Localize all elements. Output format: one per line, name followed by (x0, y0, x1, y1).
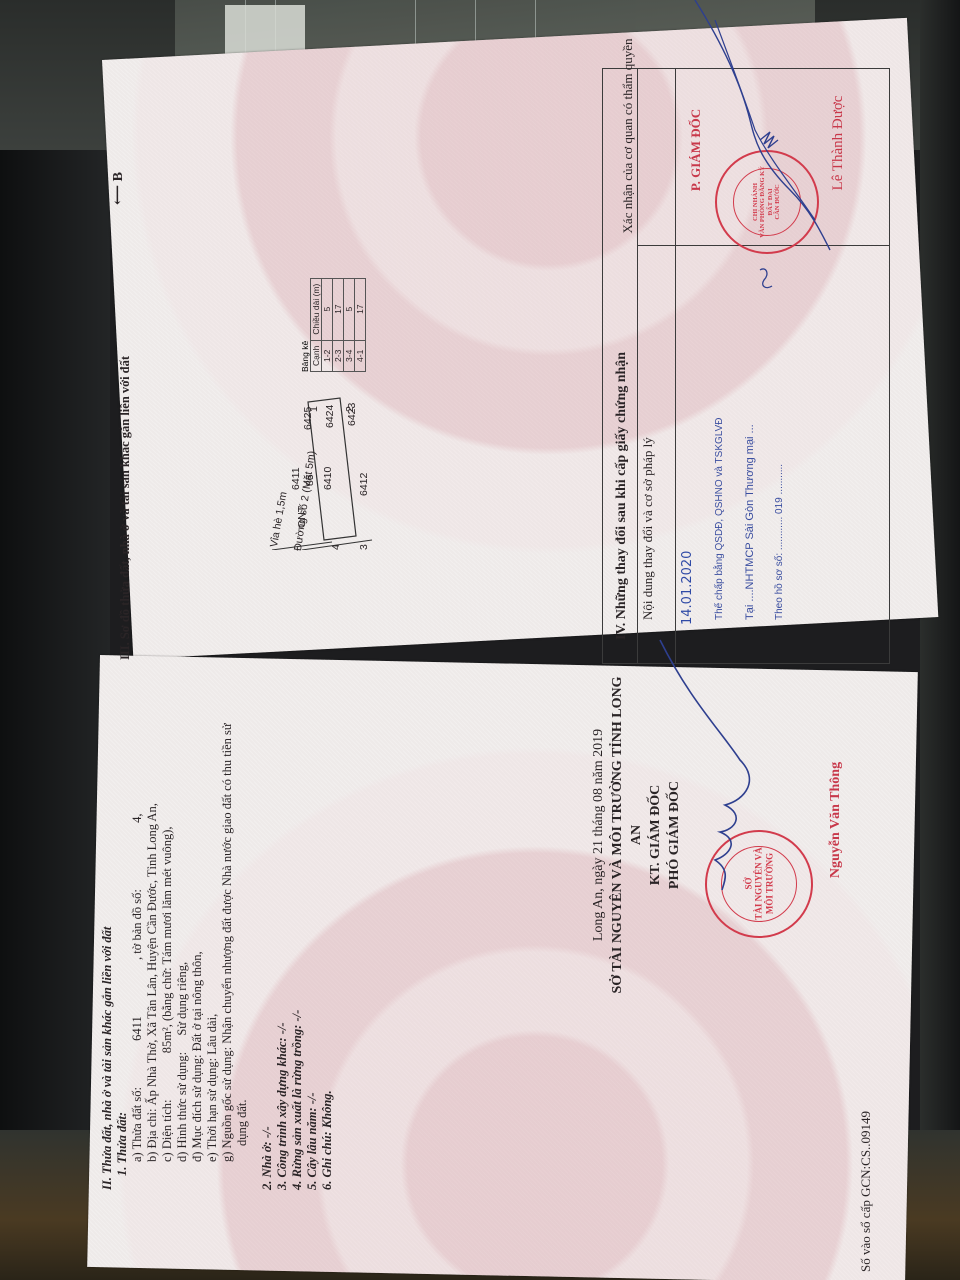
issuing-authority-block: Long An, ngày 21 tháng 08 năm 2019 SỞ TÀ… (590, 670, 684, 1000)
neighbor-6412: 6412 (358, 473, 370, 496)
address-label: b) Địa chỉ: (145, 1109, 159, 1162)
confirmation-signer: Lê Thành Được (830, 58, 847, 228)
address-value: Ấp Nhà Thờ, Xã Tân Lân, Huyện Cần Đước, … (145, 803, 159, 1105)
usage-form-label: d) Hình thức sử dụng: (175, 1052, 189, 1162)
change-entry-text: Thế chấp bằng QSDĐ, QSHNO và TSKGLVĐ (714, 370, 725, 620)
vertex-3: 3 (358, 544, 370, 550)
column-header-changes: Nội dung thay đổi và cơ sở pháp lý (640, 320, 656, 620)
usage-form-value: Sử dụng riêng, (175, 962, 189, 1036)
confirmation-role: P. GIÁM ĐỐC (688, 70, 704, 230)
section-ii-title: II. Thửa đất, nhà ở và tài sản khác gắn … (100, 630, 115, 1190)
table-row: 1-2 5 (322, 278, 333, 371)
item-planted-forest: 4. Rừng sản xuất là rừng trồng: -/- (290, 630, 305, 1190)
area-value: 85m², (bằng chữ: Tám mươi lăm mét vuông)… (160, 827, 174, 1054)
seal-text: MÔI TRƯỜNG (764, 848, 774, 920)
table-cell: 17 (333, 278, 344, 340)
table-row: 3-4 5 (344, 278, 355, 371)
north-arrow: ⟵ B (110, 175, 127, 205)
origin-label: g) Nguồn gốc sử dụng: (220, 1047, 234, 1162)
table-header-row: Cạnh Chiều dài (m) (311, 278, 322, 371)
vertex-2: 2 (344, 406, 356, 412)
signer-role-deputy: PHÓ GIÁM ĐỐC (666, 670, 685, 1000)
arrow-icon: ⟵ (111, 185, 126, 205)
table-caption: Bảng kê (300, 278, 310, 372)
seal-text: VĂN PHÒNG ĐĂNG KÝ (760, 166, 767, 238)
issuing-agency: SỞ TÀI NGUYÊN VÀ MÔI TRƯỜNG TỈNH LONG AN (609, 670, 647, 1000)
table-divider (675, 69, 676, 663)
table-cell: 5 (344, 278, 355, 340)
signer-name-left: Nguyễn Văn Thông (828, 740, 844, 900)
table-cell: 3-4 (344, 340, 355, 371)
item-perennial-trees: 5. Cây lâu năm: -/- (305, 630, 320, 1190)
official-seal-land-office: CHI NHÁNH VĂN PHÒNG ĐĂNG KÝ ĐẤT ĐAI CẦN … (715, 150, 819, 254)
seal-text: TÀI NGUYÊN VÀ (754, 848, 764, 920)
item-other-construction: 3. Công trình xây dựng khác: -/- (275, 630, 290, 1190)
table-cell: 2-3 (333, 340, 344, 371)
land-heading: 1. Thửa đất: (115, 1112, 129, 1176)
vertex-1: 1 (308, 406, 320, 412)
area-label: c) Diện tích: (160, 1100, 174, 1162)
neighbor-6424: 6424 (324, 405, 336, 428)
official-seal-department: SỞ TÀI NGUYÊN VÀ MÔI TRƯỜNG (705, 830, 813, 938)
term-label: e) Thời hạn sử dụng: (205, 1058, 219, 1162)
item-house: 2. Nhà ở: -/- (260, 630, 275, 1190)
origin-value: Nhận chuyển nhượng đất được Nhà nước gia… (220, 723, 234, 1043)
signer-role-kt: KT. GIÁM ĐỐC (647, 670, 666, 1000)
vertex-4: 4 (330, 544, 342, 550)
table-header: Chiều dài (m) (311, 278, 322, 340)
table-cell: 17 (355, 278, 366, 340)
change-entry-bank: Tại ....NHTMCP Sài Gòn Thương mại ... (744, 220, 756, 620)
parcel-label: a) Thửa đất số: (130, 1087, 144, 1162)
parcel-number: 6411 (130, 1016, 144, 1041)
seal-text: CẦN ĐƯỚC (774, 166, 781, 238)
map-label: , tờ bản đồ số: (130, 889, 144, 960)
term-value: Lâu dài, (205, 1014, 219, 1055)
item-notes: 6. Ghi chú: Không. (320, 630, 335, 1190)
registry-serial-number: Số vào sổ cấp GCN:CS..09149 (858, 1012, 874, 1272)
purpose-label: đ) Mục đích sử dụng: (190, 1055, 204, 1162)
table-cell: 1-2 (322, 340, 333, 371)
map-number: 4, (130, 814, 144, 823)
table-cell: 5 (322, 278, 333, 340)
north-label: B (111, 172, 126, 181)
table-divider (637, 69, 638, 663)
table-cell: 4-1 (355, 340, 366, 371)
edge-length-table: Bảng kê Cạnh Chiều dài (m) 1-2 5 2-3 17 … (300, 278, 366, 372)
table-header: Cạnh (311, 340, 322, 371)
purpose-value: Đất ở tại nông thôn, (190, 951, 204, 1051)
column-header-confirmation: Xác nhận của cơ quan có thẩm quyền (620, 36, 637, 236)
table-row: 2-3 17 (333, 278, 344, 371)
table-row: 4-1 17 (355, 278, 366, 371)
background-edge (920, 0, 960, 1280)
place-date: Long An, ngày 21 tháng 08 năm 2019 (590, 670, 609, 1000)
neighbor-6410: 6410 (322, 467, 334, 490)
seal-text: SỞ (743, 848, 753, 920)
section-ii-land-info: II. Thửa đất, nhà ở và tài sản khác gắn … (100, 630, 335, 1190)
origin-value-cont: dụng đất. (235, 1099, 249, 1146)
change-entry-file-number: Theo hồ sơ số: ............ 019 ........… (774, 320, 785, 620)
change-entry-date: 14.01.2020 (680, 505, 695, 625)
section-iii-title: III. Sơ đồ thửa đất, nhà ở và tài sản kh… (118, 220, 133, 660)
